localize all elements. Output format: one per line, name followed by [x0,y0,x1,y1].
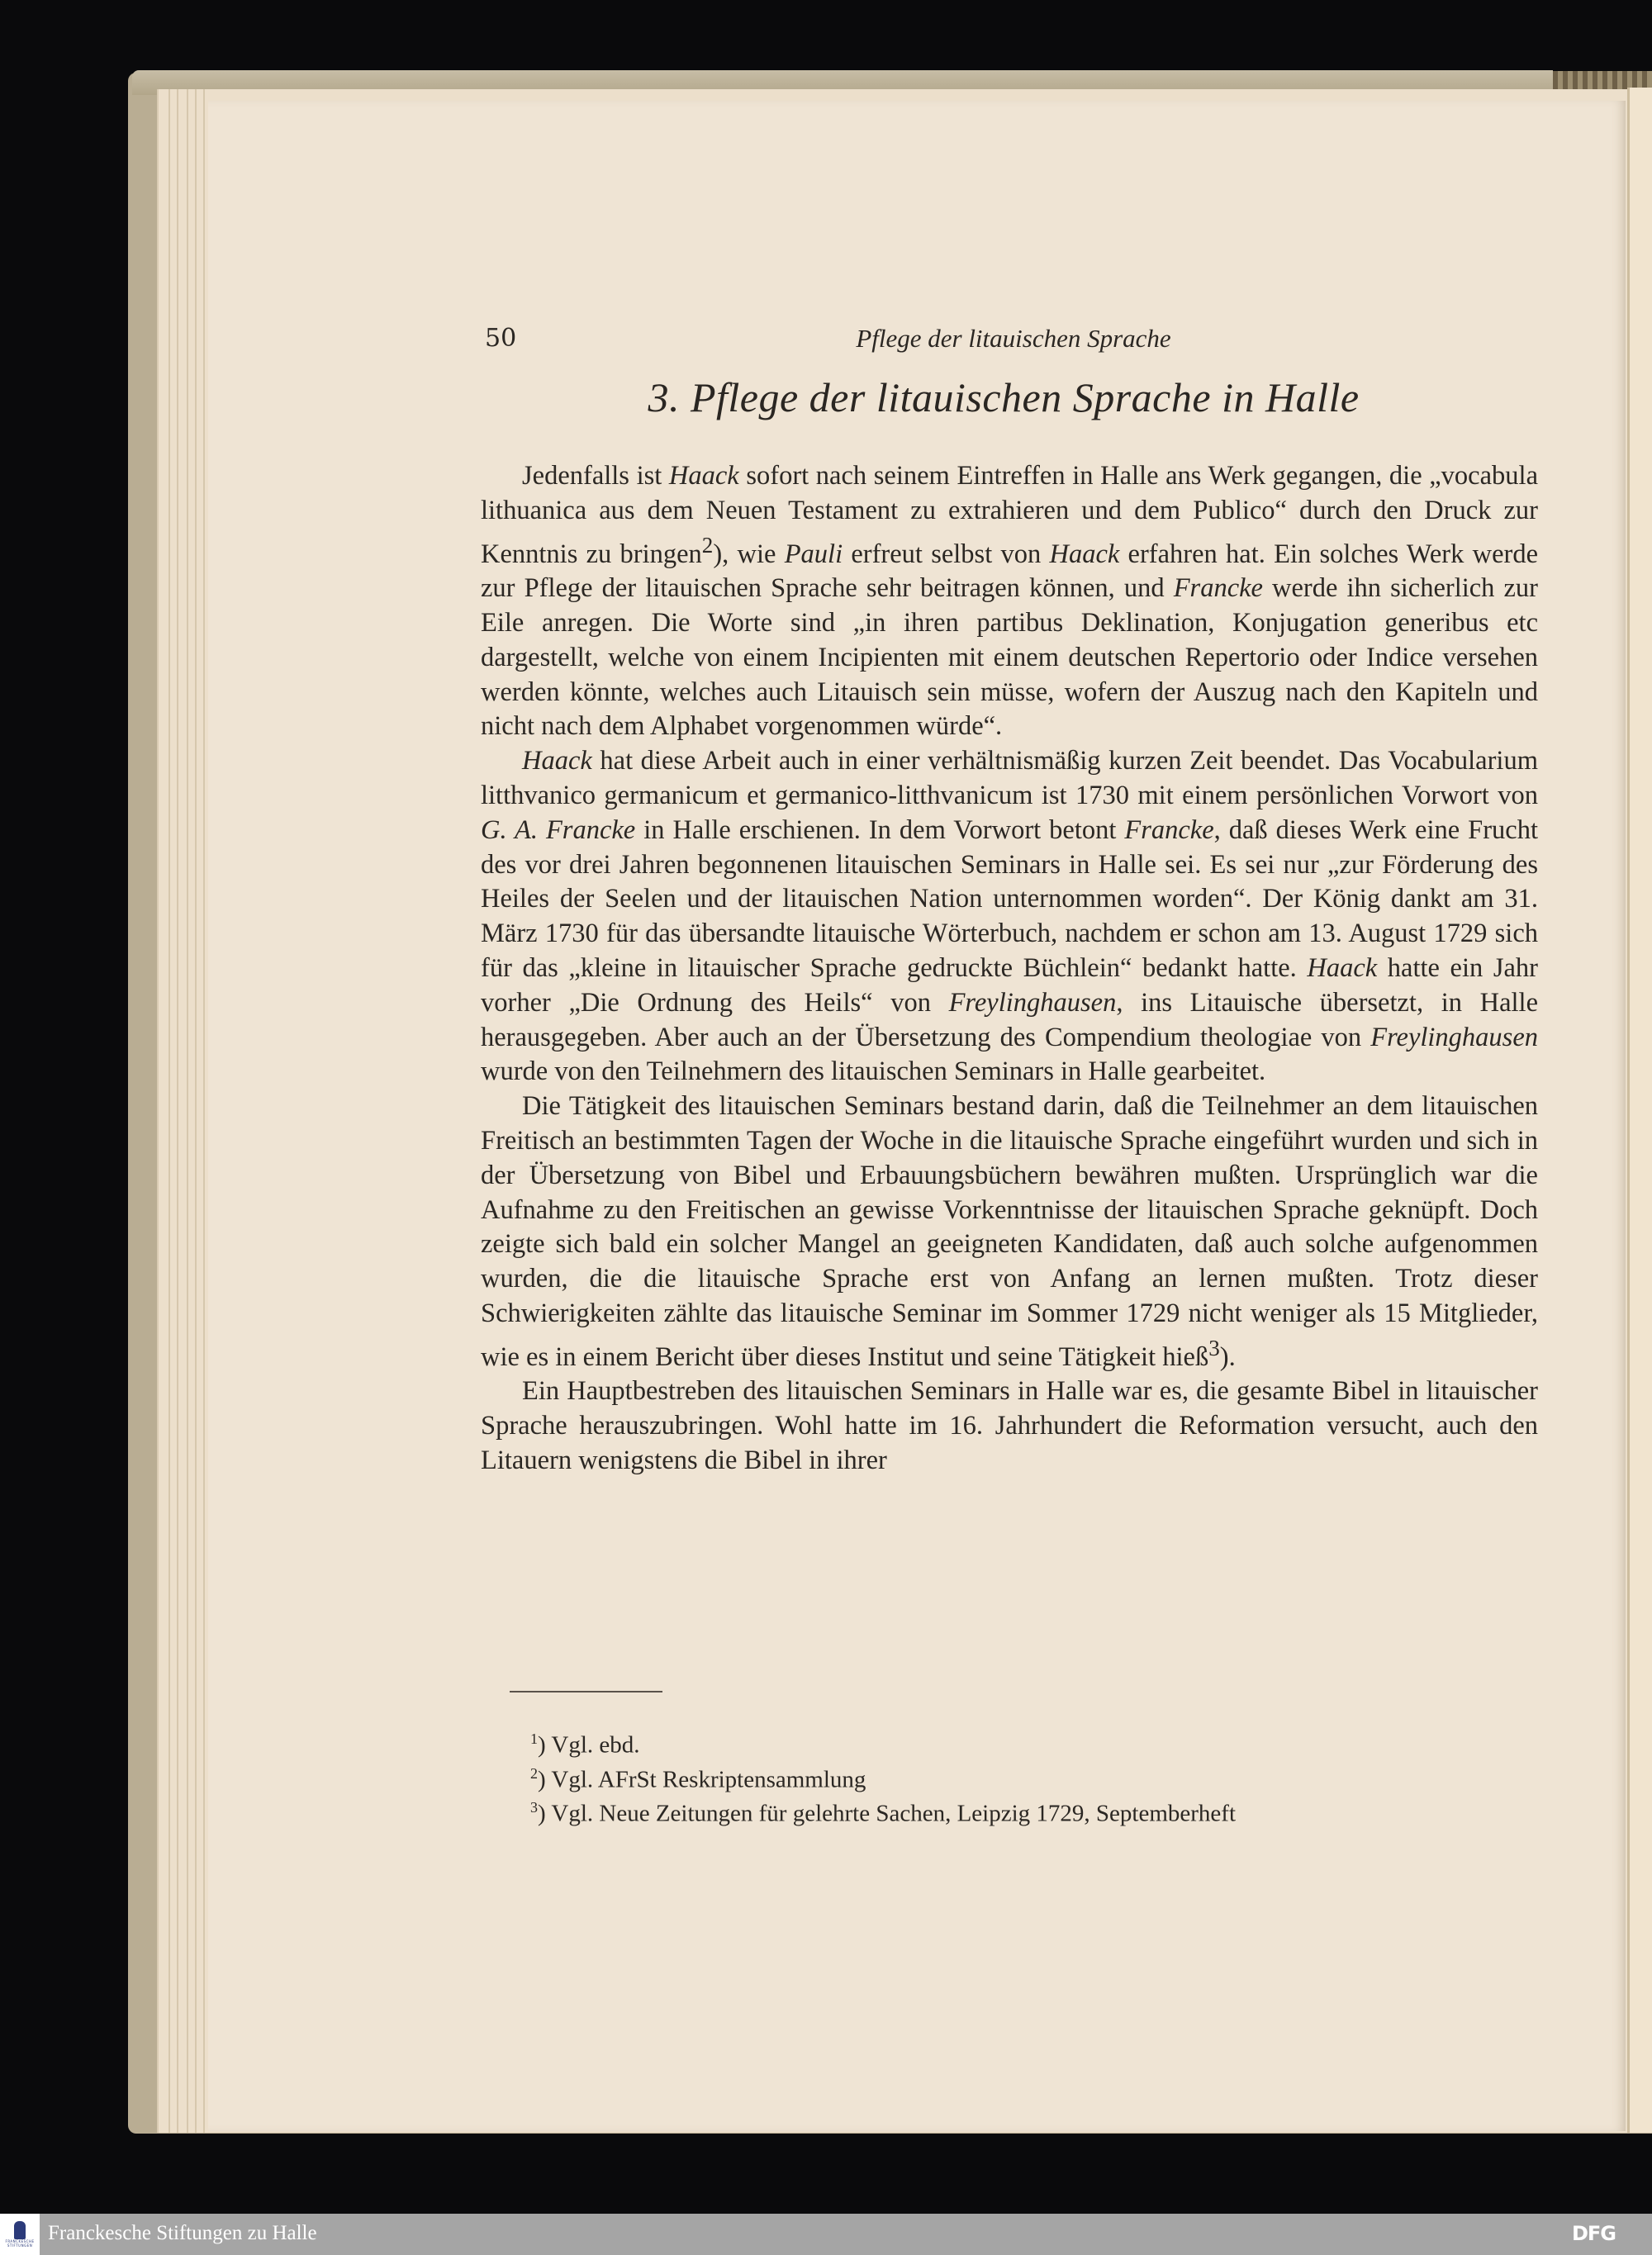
text-run: in Halle erschienen. In dem Vorwort beto… [635,815,1124,845]
italic-name: Pauli [785,539,843,568]
body-text: Jedenfalls ist Haack sofort nach seinem … [481,459,1538,1479]
footnote: 3) Vgl. Neue Zeitungen für gelehrte Sach… [530,1793,1521,1828]
chapter-title: 3. Pflege der litauischen Sprache in Hal… [479,373,1528,421]
footnote-text: ) Vgl. Neue Zeitungen für gelehrte Sache… [538,1801,1236,1827]
paragraph: Haack hat diese Arbeit auch in einer ver… [481,744,1538,1090]
footnote: 2) Vgl. AFrSt Reskriptensammlung [530,1759,1521,1794]
page-edge-line [177,89,178,2133]
footnote: 1) Vgl. ebd. [530,1725,1521,1759]
text-run: Jedenfalls ist [522,461,669,491]
paragraph: Die Tätigkeit des litauischen Seminars b… [481,1090,1538,1374]
footer-bar: FRANCKESCHE STIFTUNGEN Franckesche Stift… [0,2214,1652,2255]
italic-name: Francke [1124,815,1213,845]
italic-name: Haack [1049,539,1119,568]
page-edge-line [169,89,170,2133]
text-run: Ein Hauptbestreben des litauischen Semin… [481,1376,1538,1475]
running-head: 50 Pflege der litauischen Sprache [485,324,1542,357]
footnote-divider [510,1691,662,1692]
paragraph: Jedenfalls ist Haack sofort nach seinem … [481,459,1538,744]
text-run: ), wie [713,539,784,568]
footnote-text: ) Vgl. ebd. [538,1732,640,1759]
footnote-ref[interactable]: 3 [1208,1336,1220,1360]
footnote-mark: 1 [530,1730,538,1747]
italic-name: Haack [669,461,739,491]
franckesche-stiftungen-logo-icon[interactable]: FRANCKESCHE STIFTUNGEN [0,2214,40,2255]
text-run: ). [1220,1342,1236,1372]
running-title: Pflege der litauischen Sprache [485,324,1542,354]
italic-name: G. A. Francke [481,815,635,845]
logo-figure-icon [14,2221,26,2239]
logo-text-line2: STIFTUNGEN [7,2243,32,2248]
text-run: erfreut selbst von [843,539,1049,568]
italic-name: Francke [1174,573,1263,603]
italic-name: Haack [522,746,592,776]
italic-name: Freylinghausen [949,988,1117,1018]
facing-page-edge [1627,88,1652,2133]
text-run: wurde von den Teilnehmern des litauische… [481,1056,1265,1086]
footnote-mark: 2 [530,1765,538,1782]
footnote-mark: 3 [530,1799,538,1816]
footnote-ref[interactable]: 2 [702,533,714,558]
italic-name: Freylinghausen [1370,1023,1538,1052]
footnotes: 1) Vgl. ebd.2) Vgl. AFrSt Reskriptensamm… [530,1725,1521,1828]
dfg-logo[interactable]: DFG [1572,2222,1616,2245]
page-edge-line [187,89,188,2133]
paragraph: Ein Hauptbestreben des litauischen Semin… [481,1374,1538,1478]
text-run: Die Tätigkeit des litauischen Seminars b… [481,1091,1538,1371]
text-run: hat diese Arbeit auch in einer verhältni… [481,746,1538,810]
page-edge-line [195,89,197,2133]
page-edge-line [203,89,205,2133]
italic-name: Haack [1307,953,1377,983]
institution-name: Franckesche Stiftungen zu Halle [48,2222,317,2245]
footnote-text: ) Vgl. AFrSt Reskriptensammlung [538,1766,866,1792]
